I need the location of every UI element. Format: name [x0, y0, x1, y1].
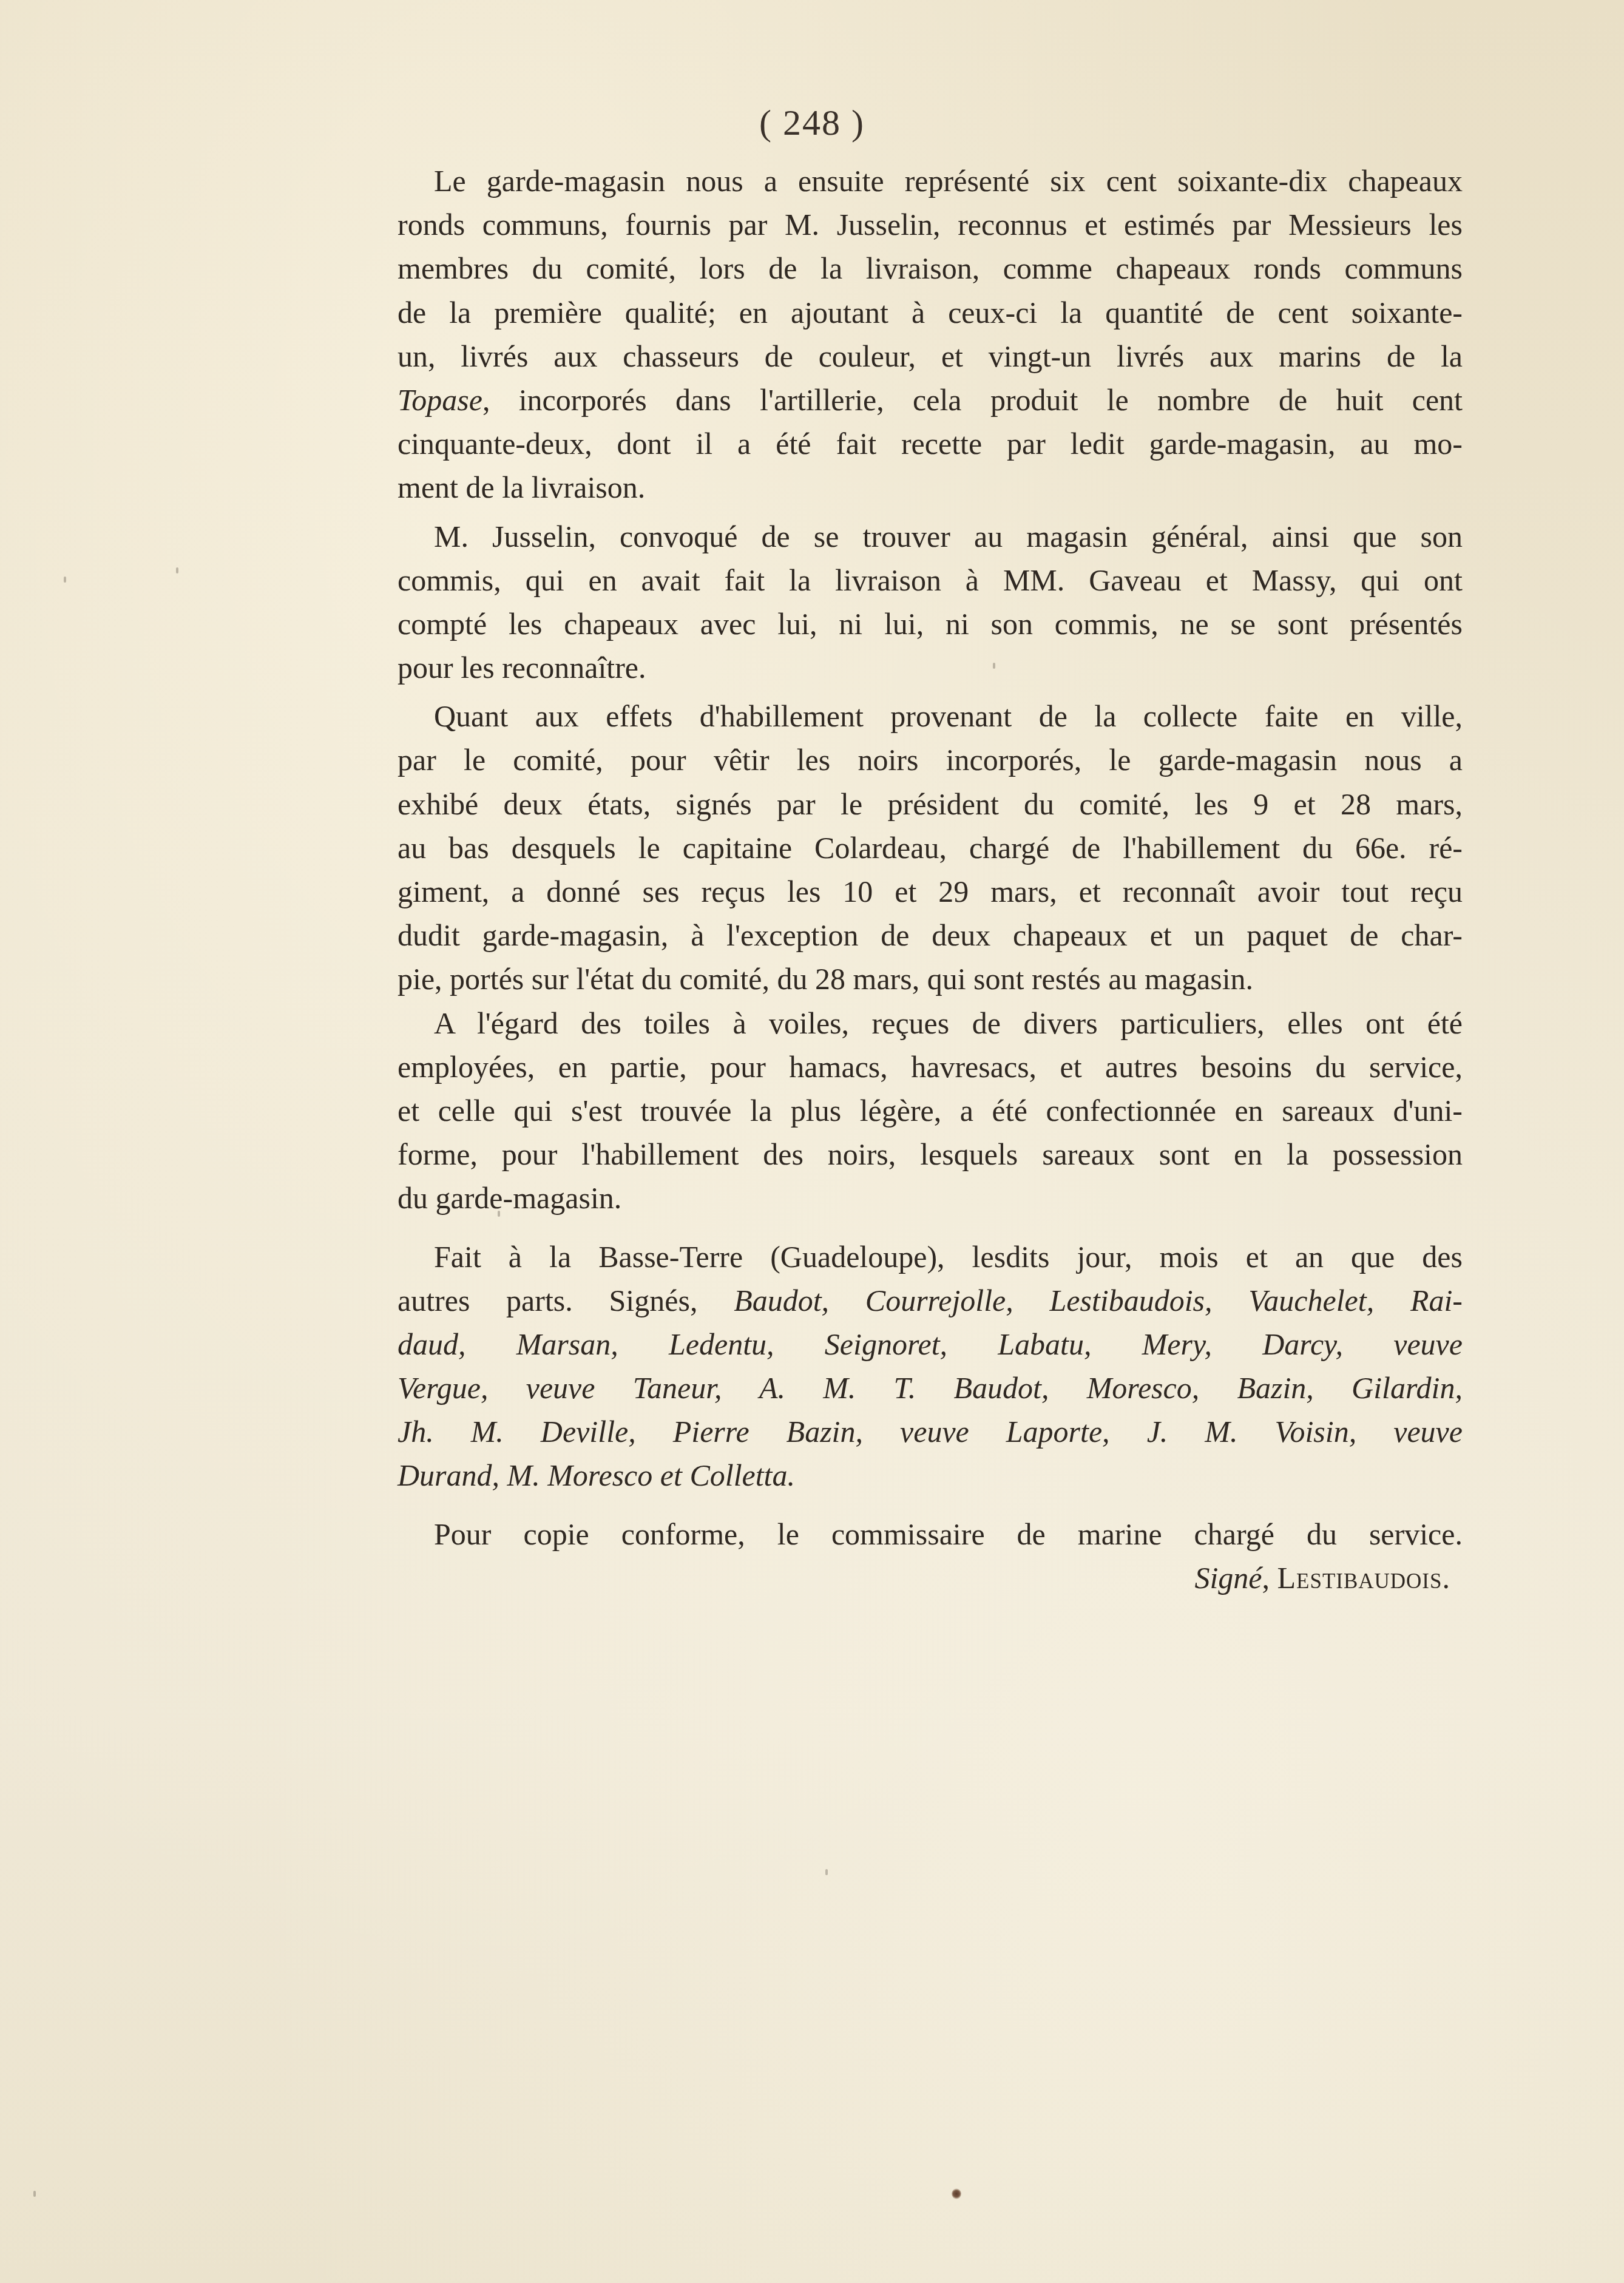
closing-attestation: Pour copie conforme, le commissaire de m… [398, 1512, 1463, 1600]
paragraph-clothing-collection: Quant aux effets d'habillement provenant… [398, 694, 1463, 1001]
ink-spot [952, 2188, 961, 2199]
text-line: daud, Marsan, Ledentu, Seignoret, Labatu… [398, 1322, 1463, 1366]
text-run: , incorporés dans l'artillerie, cela pro… [482, 383, 1463, 417]
text-line: M. Jusselin, convoqué de se trouver au m… [398, 515, 1463, 558]
paragraph-hats-inventory: Le garde-magasin nous a ensuite représen… [398, 159, 1463, 510]
ship-name-italic: Topase [398, 383, 482, 417]
text-line: autres parts. Signés, Baudot, Courrejoll… [398, 1279, 1463, 1322]
paper-speck [176, 567, 178, 573]
text-line: du garde-magasin. [398, 1176, 1463, 1220]
text-line: compté les chapeaux avec lui, ni lui, ni… [398, 602, 1463, 646]
paragraph-jusselin-summons: M. Jusselin, convoqué de se trouver au m… [398, 515, 1463, 690]
paragraph-sail-cloth: A l'égard des toiles à voiles, reçues de… [398, 1001, 1463, 1220]
text-line: forme, pour l'habillement des noirs, les… [398, 1132, 1463, 1176]
text-line: dudit garde-magasin, à l'exception de de… [398, 913, 1463, 957]
signed-label: Signé [1194, 1561, 1262, 1595]
paper-speck [825, 1869, 828, 1875]
text-line: par le comité, pour vêtir les noirs inco… [398, 738, 1463, 782]
text-line: pour les reconnaître. [398, 646, 1463, 689]
text-line: A l'égard des toiles à voiles, reçues de… [398, 1001, 1463, 1045]
text-line: Jh. M. Deville, Pierre Bazin, veuve Lapo… [398, 1410, 1463, 1453]
signatory-names: Baudot, Courrejolle, Lestibaudois, Vauch… [734, 1284, 1463, 1317]
paper-speck [993, 663, 995, 669]
text-line: cinquante-deux, dont il a été fait recet… [398, 422, 1463, 465]
text-line: ment de la livraison. [398, 465, 1463, 509]
text-line: un, livrés aux chasseurs de couleur, et … [398, 334, 1463, 378]
body-text: Le garde-magasin nous a ensuite représen… [398, 159, 1463, 1600]
text-line: Le garde-magasin nous a ensuite représen… [398, 159, 1463, 203]
text-run: autres parts. Signés, [398, 1284, 734, 1317]
text-line: Quant aux effets d'habillement provenant… [398, 694, 1463, 738]
page-number: ( 248 ) [0, 102, 1624, 144]
signatory-names: Jh. M. Deville, Pierre Bazin, veuve Lapo… [398, 1415, 1463, 1449]
paper-speck [33, 2191, 36, 2197]
text-line: Durand, M. Moresco et Colletta. [398, 1453, 1463, 1497]
text-line: commis, qui en avait fait la livraison à… [398, 558, 1463, 602]
text-line: pie, portés sur l'état du comité, du 28 … [398, 957, 1463, 1001]
signatory-names: daud, Marsan, Ledentu, Seignoret, Labatu… [398, 1327, 1463, 1361]
paragraph-signatures: Fait à la Basse-Terre (Guadeloupe), lesd… [398, 1235, 1463, 1498]
text-line: Topase, incorporés dans l'artillerie, ce… [398, 378, 1463, 422]
text-line: de la première qualité; en ajoutant à ce… [398, 291, 1463, 334]
text-line: et celle qui s'est trouvée la plus légèr… [398, 1089, 1463, 1132]
signature-line: Signé, Lestibaudois. [398, 1556, 1463, 1600]
text-line: Vergue, veuve Taneur, A. M. T. Baudot, M… [398, 1366, 1463, 1410]
text-line: au bas desquels le capitaine Colardeau, … [398, 826, 1463, 870]
signatory-name: Lestibaudois. [1277, 1561, 1451, 1595]
signatory-names: Durand, M. Moresco et Colletta. [398, 1458, 795, 1492]
text-line: ronds communs, fournis par M. Jusselin, … [398, 203, 1463, 246]
paper-speck [64, 577, 66, 583]
text-line: employées, en partie, pour hamacs, havre… [398, 1045, 1463, 1089]
text-line: Fait à la Basse-Terre (Guadeloupe), lesd… [398, 1235, 1463, 1279]
paper-speck [498, 1211, 500, 1217]
text-line: giment, a donné ses reçus les 10 et 29 m… [398, 870, 1463, 913]
signatory-names: Vergue, veuve Taneur, A. M. T. Baudot, M… [398, 1371, 1463, 1405]
text-line: membres du comité, lors de la livraison,… [398, 246, 1463, 290]
text-line: exhibé deux états, signés par le préside… [398, 782, 1463, 826]
document-page: ( 248 ) Le garde-magasin nous a ensuite … [0, 0, 1624, 2283]
signed-separator: , [1262, 1561, 1277, 1595]
attestation-line: Pour copie conforme, le commissaire de m… [398, 1512, 1463, 1556]
